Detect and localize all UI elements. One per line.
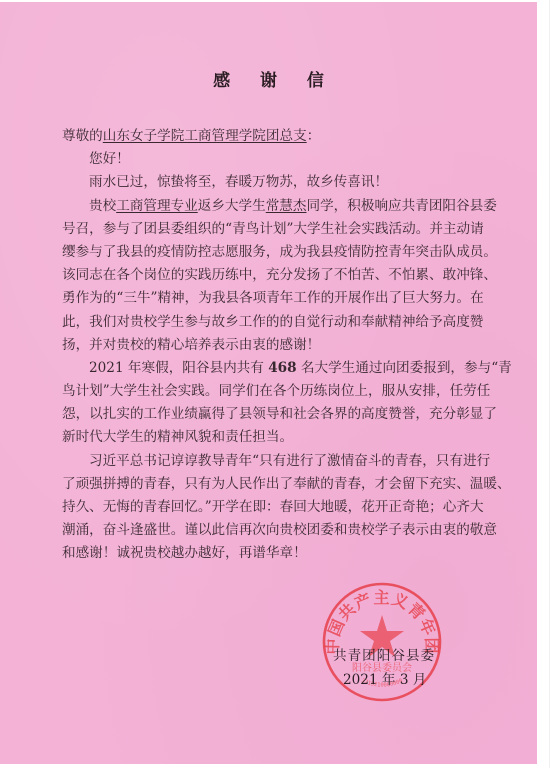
student-count: 468 [268,360,296,376]
paragraph-1: 雨水已过，惊蛰将至，春暖万物苏，故乡传喜讯！ [62,171,502,194]
paragraph-3-line-1: 2021 年寒假，阳谷县内共有 468 名大学生通过向团委报到，参与“青 [62,357,502,380]
paragraph-2-line-1: 贵校工商管理专业返乡大学生常慧杰同学，积极响应共青团阳谷县委 [62,195,502,218]
greeting: 您好！ [62,148,502,171]
salutation-colon: ： [307,128,321,144]
letter-title: 感 谢 信 [0,66,537,91]
paragraph-4-line-1: 习近平总书记谆谆教导青年“只有进行了激情奋斗的青春，只有进行 [62,450,502,473]
recipient-name: 山东女子学院工商管理学院团总支 [103,128,307,144]
paragraph-4-line-4: 潮涌，奋斗逢盛世。谨以此信再次向贵校团委和贵校学子表示由衷的敬意 [62,519,502,542]
paragraph-2-line-4: 该同志在各个岗位的实践历练中，充分发扬了不怕苦、不怕累、敢冲锋、 [62,264,502,287]
paragraph-2-line-2: 号召，参与了团县委组织的“青鸟计划”大学生社会实践活动。并主动请 [62,218,502,241]
salutation: 尊敬的山东女子学院工商管理学院团总支： [62,125,502,148]
page-edge [549,0,550,768]
paragraph-3-line-2: 鸟计划”大学生社会实践。同学们在各个历练岗位上，服从安排，任劳任 [62,380,502,403]
paragraph-2-line-7: 扬，并对贵校的精心培养表示由衷的感谢！ [62,334,502,357]
paragraph-3-line-4: 新时代大学生的精神风貌和责任担当。 [62,426,502,449]
paragraph-4-line-5: 和感谢！诚祝贵校越办越好，再谱华章！ [62,542,502,565]
p3-post: 名大学生通过向团委报到，参与“青 [297,360,512,376]
letter-body: 尊敬的山东女子学院工商管理学院团总支： 您好！ 雨水已过，惊蛰将至，春暖万物苏，… [62,125,502,566]
paragraph-4-line-3: 持久、无悔的青春回忆。”开学在即：春回大地暖，花开正奇艳；心齐大 [62,496,502,519]
p2-post: 同学，积极响应共青团阳谷县委 [307,198,497,214]
signature-date: 2021 年 3 月 [343,668,426,688]
paragraph-2-line-6: 此，我们对贵校学生参与故乡工作的的自觉行动和奉献精神给予高度赞 [62,311,502,334]
p2-mid: 返乡大学生 [198,198,266,214]
student-major: 工商管理专业 [116,198,198,214]
p3-pre: 2021 年寒假，阳谷县内共有 [89,360,268,376]
salutation-prefix: 尊敬的 [62,128,103,144]
student-name: 常慧杰 [266,198,307,214]
paragraph-3-line-3: 怨，以扎实的工作业绩赢得了县领导和社会各界的高度赞誉，充分彰显了 [62,403,502,426]
paragraph-2-line-5: 勇作为的“三牛”精神，为我县各项青年工作的开展作出了巨大努力。在 [62,287,502,310]
paragraph-2-line-3: 缨参与了我县的疫情防控志愿服务，成为我县疫情防控青年突击队成员。 [62,241,502,264]
signature-organization: 共青团阳谷县委 [333,644,435,664]
p2-pre: 贵校 [89,198,116,214]
paragraph-4-line-2: 了顽强拼搏的青春，只有为人民作出了奉献的青春，才会留下充实、温暖、 [62,473,502,496]
